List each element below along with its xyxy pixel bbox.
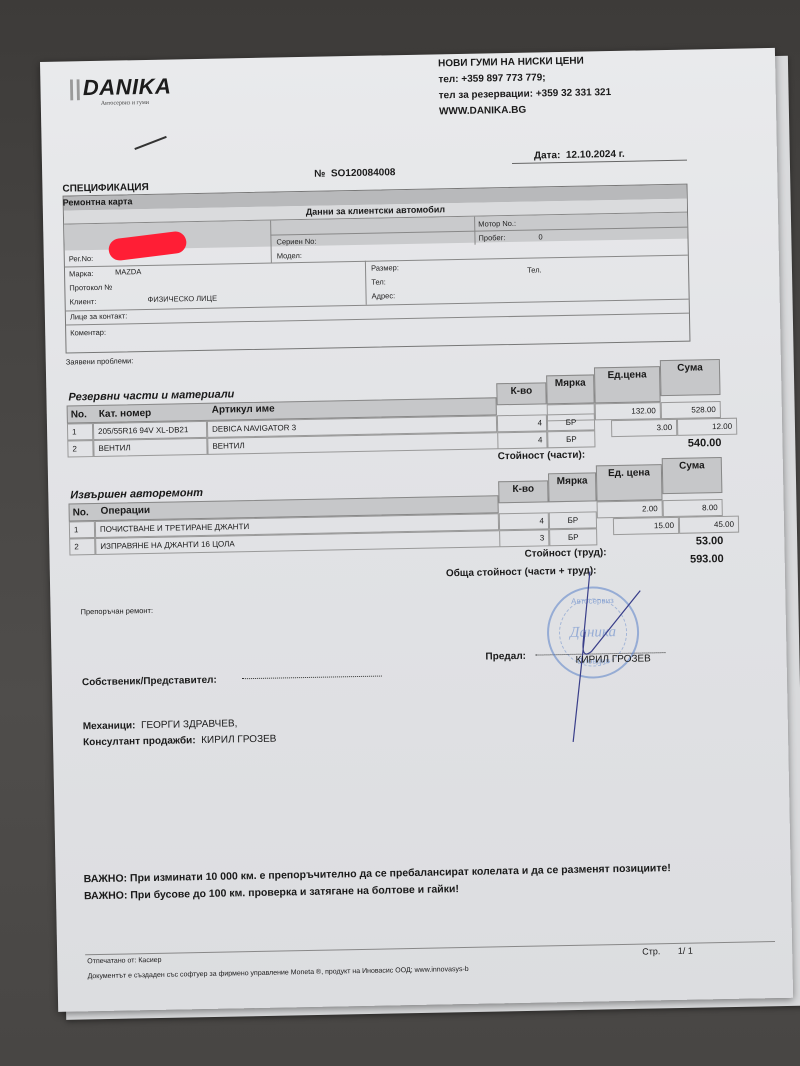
make-value: MAZDA [115, 267, 141, 277]
parts-total-value: 540.00 [641, 437, 721, 451]
comment-label: Коментар: [70, 328, 106, 338]
protocol-label: Протокол № [69, 283, 112, 293]
col-unit: Мярка [546, 374, 595, 404]
owner-signature-line [242, 676, 382, 680]
col-unit: Мярка [548, 472, 597, 502]
document-subtitle: Ремонтна карта [63, 196, 133, 207]
engine-no-label: Мотор No.: [478, 219, 516, 229]
tel-right-label: Тел. [527, 265, 542, 274]
tel-label: Тел: [371, 277, 386, 286]
col-sum: Сума [660, 359, 721, 396]
reg-no-label: Рег.No: [69, 254, 94, 263]
model-label: Модел: [277, 251, 302, 260]
mileage-label: Пробег: [478, 233, 505, 243]
col-price: Ед.цена [594, 366, 661, 403]
software-note: Документът е създаден със софтуер за фир… [88, 966, 469, 980]
col-article: Артикул име [212, 404, 275, 416]
company-contact: НОВИ ГУМИ НА НИСКИ ЦЕНИ тел: +359 897 77… [438, 53, 612, 120]
contact-person-label: Лице за контакт: [70, 311, 128, 321]
grand-total-value: 593.00 [644, 553, 724, 567]
reported-problems-label: Заявени проблеми: [66, 356, 134, 366]
logo-tagline: Автосервиз и гуми [101, 100, 149, 107]
important-notes: ВАЖНО: При изминати 10 000 км. е препоръ… [84, 859, 725, 905]
col-price: Ед. цена [596, 464, 663, 501]
labor-total-label: Стойност (труд): [524, 547, 606, 560]
parts-total-label: Стойност (части): [498, 450, 586, 463]
col-qty: К-во [496, 382, 546, 405]
page-indicator: Стр. 1/ 1 [642, 946, 693, 957]
website: WWW.DANIKA.BG [439, 101, 612, 120]
repair-spec-document: ||DANIKA Автосервиз и гуми НОВИ ГУМИ НА … [40, 48, 793, 1012]
danika-logo: ||DANIKA [68, 73, 171, 101]
labor-title: Извършен авторемонт [70, 487, 203, 502]
col-no: No. [73, 507, 89, 518]
vehicle-data-box: Данни за клиентски автомобил Рег.No: Сер… [63, 184, 691, 354]
address-label: Адрес: [371, 291, 395, 300]
owner-label: Собственик/Представител: [82, 675, 217, 689]
col-qty: К-во [498, 480, 548, 503]
labor-table: Извършен авторемонт К-во Мярка Ед. цена … [68, 463, 720, 565]
pen-mark [134, 136, 166, 150]
handed-by-name: КИРИЛ ГРОЗЕВ [575, 653, 650, 665]
mechanics-row: Механици: ГЕОРГИ ЗДРАВЧЕВ, [83, 718, 238, 732]
col-operations: Операции [101, 505, 151, 517]
make-label: Марка: [69, 269, 94, 278]
parts-title: Резервни части и материали [68, 388, 234, 403]
recommended-repair-label: Препоръчан ремонт: [80, 606, 153, 616]
document-number: № SO120084008 [314, 167, 395, 180]
document-title: СПЕЦИФИКАЦИЯ [62, 182, 149, 195]
serial-no-label: Сериен No: [276, 237, 316, 247]
labor-total-value: 53.00 [643, 535, 723, 549]
document-date: Дата: 12.10.2024 г. [534, 149, 625, 162]
col-sum: Сума [662, 457, 723, 494]
client-label: Клиент: [70, 297, 97, 307]
printed-by: Отпечатано от: Касиер [87, 957, 161, 965]
consultant-row: Консултант продажби: КИРИЛ ГРОЗЕВ [83, 734, 277, 749]
client-value: ФИЗИЧЕСКО ЛИЦЕ [147, 294, 217, 304]
parts-table: Резервни части и материали К-во Мярка Ед… [66, 365, 718, 467]
handed-by-label: Предал: [485, 651, 526, 663]
size-label: Размер: [371, 263, 399, 273]
col-no: No. [71, 409, 87, 420]
reservation-phone: тел за резервации: +359 32 331 321 [439, 85, 612, 104]
mileage-value: 0 [538, 232, 542, 241]
col-cat-no: Кат. номер [99, 408, 152, 420]
